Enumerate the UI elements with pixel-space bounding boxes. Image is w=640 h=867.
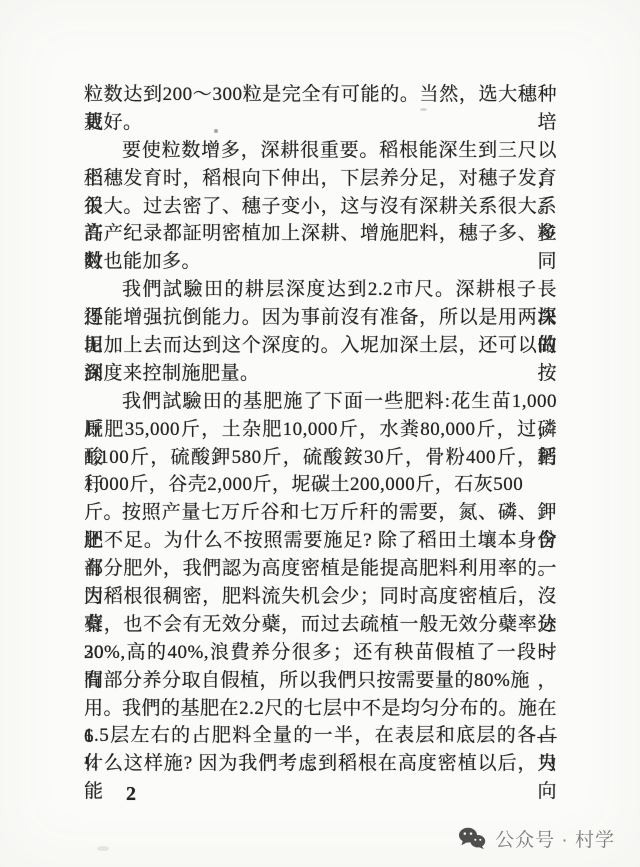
text-line: 1,100斤，硫酸鉀580斤，硫酸銨30斤，骨粉400斤，稻秆 [84,444,557,472]
watermark-text: 公众号 · 村学 [495,825,615,852]
text-line: 1.5层左右的占肥料全量的一半，在表层和底层的各占¼。为 [84,722,557,750]
text-line: 很大。过去密了、穗子变小，这与沒有深耕关系很大。許多 [84,193,557,221]
text-line: 我們的基肥在2.2尺的七层中不是均匀分布的。施在 6 — [84,695,557,723]
text-line: 粒数达到200～300粒是完全有可能的。当然，选大穗种栽培 [84,81,557,109]
text-line: 30%,高的40%,浪費养分很多；还有秧苗假植了一段时間， [84,639,557,667]
text-line: 我們試驗田的耕层深度达到2.2市尺。深耕根子長 得深 [84,276,557,304]
text-line: 部分肥外，我們認为高度密植是能提高肥料利用率的。因 [84,555,557,583]
scan-speck [97,846,109,851]
text-line: 为稻根很稠密，肥料流失机会少；同时高度密植后，沒有分 [84,583,557,611]
text-line: 1,000斤，谷壳2,000斤，坭碳土200,000斤，石灰500斤。 [84,471,557,499]
text-line: 有部分养分取自假植，所以我們只按需要量的80%施用。 [84,667,557,695]
text-line: 高产纪录都証明密植加上深耕、增施肥料，穗子多、粒数同 [84,220,557,248]
text-line: 还不足。为什么不按照需要施足? 除了稻田土壤本身含有一 [84,527,557,555]
text-line: 按照产量七万斤谷和七万斤秆的需要，氮、磷、鉀肥份 [84,499,557,527]
text-line: 稻穗发育时，稻根向下伸出，下层养分足，对穗子发育关系 [84,165,557,193]
wechat-icon [458,827,486,850]
text-line: 什么这样施? 因为我們考虑到稻根在高度密植以后，只能向 [84,750,557,778]
text-line: 蘗，也不会有无效分蘗，而过去疏植一般无效分蘗率达20～ [84,611,557,639]
text-line: 要使粒数增多，深耕很重要。稻根能深生到三尺以上， [84,137,557,165]
scanned-page: 粒数达到200～300粒是完全有可能的。当然，选大穗种栽培更好。要使粒数增多，深… [0,0,640,867]
text-line: 还能增强抗倒能力。因为事前沒有准备，所以是用两块田的 [84,304,557,332]
text-line: 我們試驗田的基肥施了下面一些肥料:花生苗1,000斤， [84,388,557,416]
text-line: 厩肥35,000斤，土杂肥10,000斤，水粪80,000斤，过磷酸鈣 [84,416,557,444]
text-line: 坭加上去而达到这个深度的。入坭加深土层，还可以做到按 [84,332,557,360]
body-text: 粒数达到200～300粒是完全有可能的。当然，选大穗种栽培更好。要使粒数增多，深… [84,81,557,778]
watermark: 公众号 · 村学 [458,825,615,852]
page-number: 2 [126,783,136,806]
